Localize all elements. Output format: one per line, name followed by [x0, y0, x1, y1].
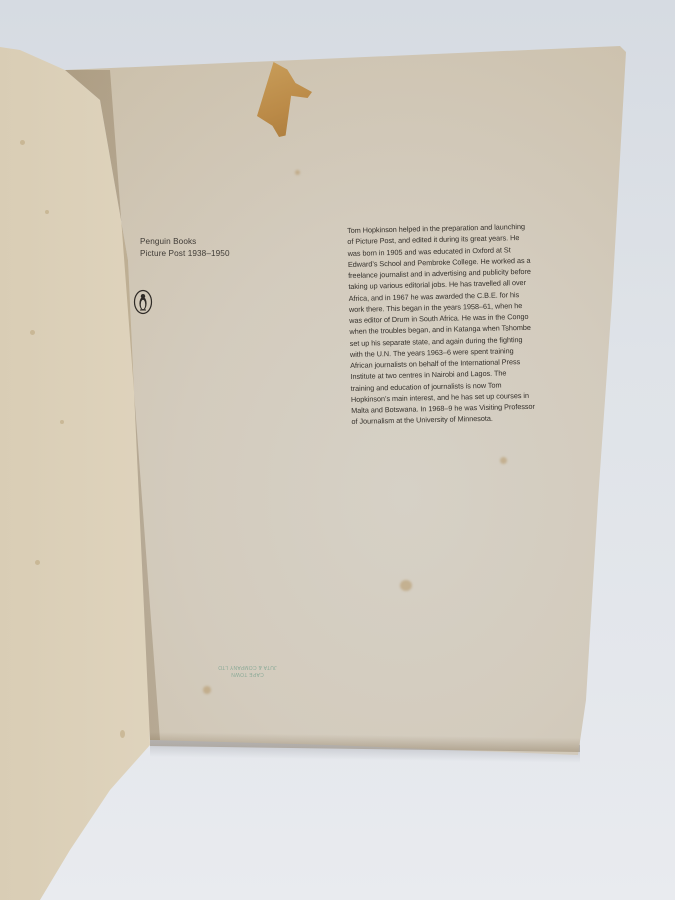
stamp-line: CAPE TOWN: [218, 670, 277, 677]
stain: [203, 686, 211, 694]
stain: [295, 170, 300, 175]
stamp-line: JUTA & COMPANY LTD: [218, 663, 277, 670]
bookseller-stamp: CAPE TOWN JUTA & COMPANY LTD: [218, 663, 277, 677]
stain: [500, 457, 507, 464]
book-title: Picture Post 1938–1950: [140, 248, 230, 260]
publisher-name: Penguin Books: [140, 236, 230, 248]
book-photo: Penguin Books Picture Post 1938–1950 Tom…: [0, 0, 675, 900]
stain: [400, 580, 412, 591]
imprint: Penguin Books Picture Post 1938–1950: [140, 236, 230, 260]
penguin-logo-icon: [133, 289, 153, 315]
author-biography: Tom Hopkinson helped in the preparation …: [347, 220, 564, 427]
